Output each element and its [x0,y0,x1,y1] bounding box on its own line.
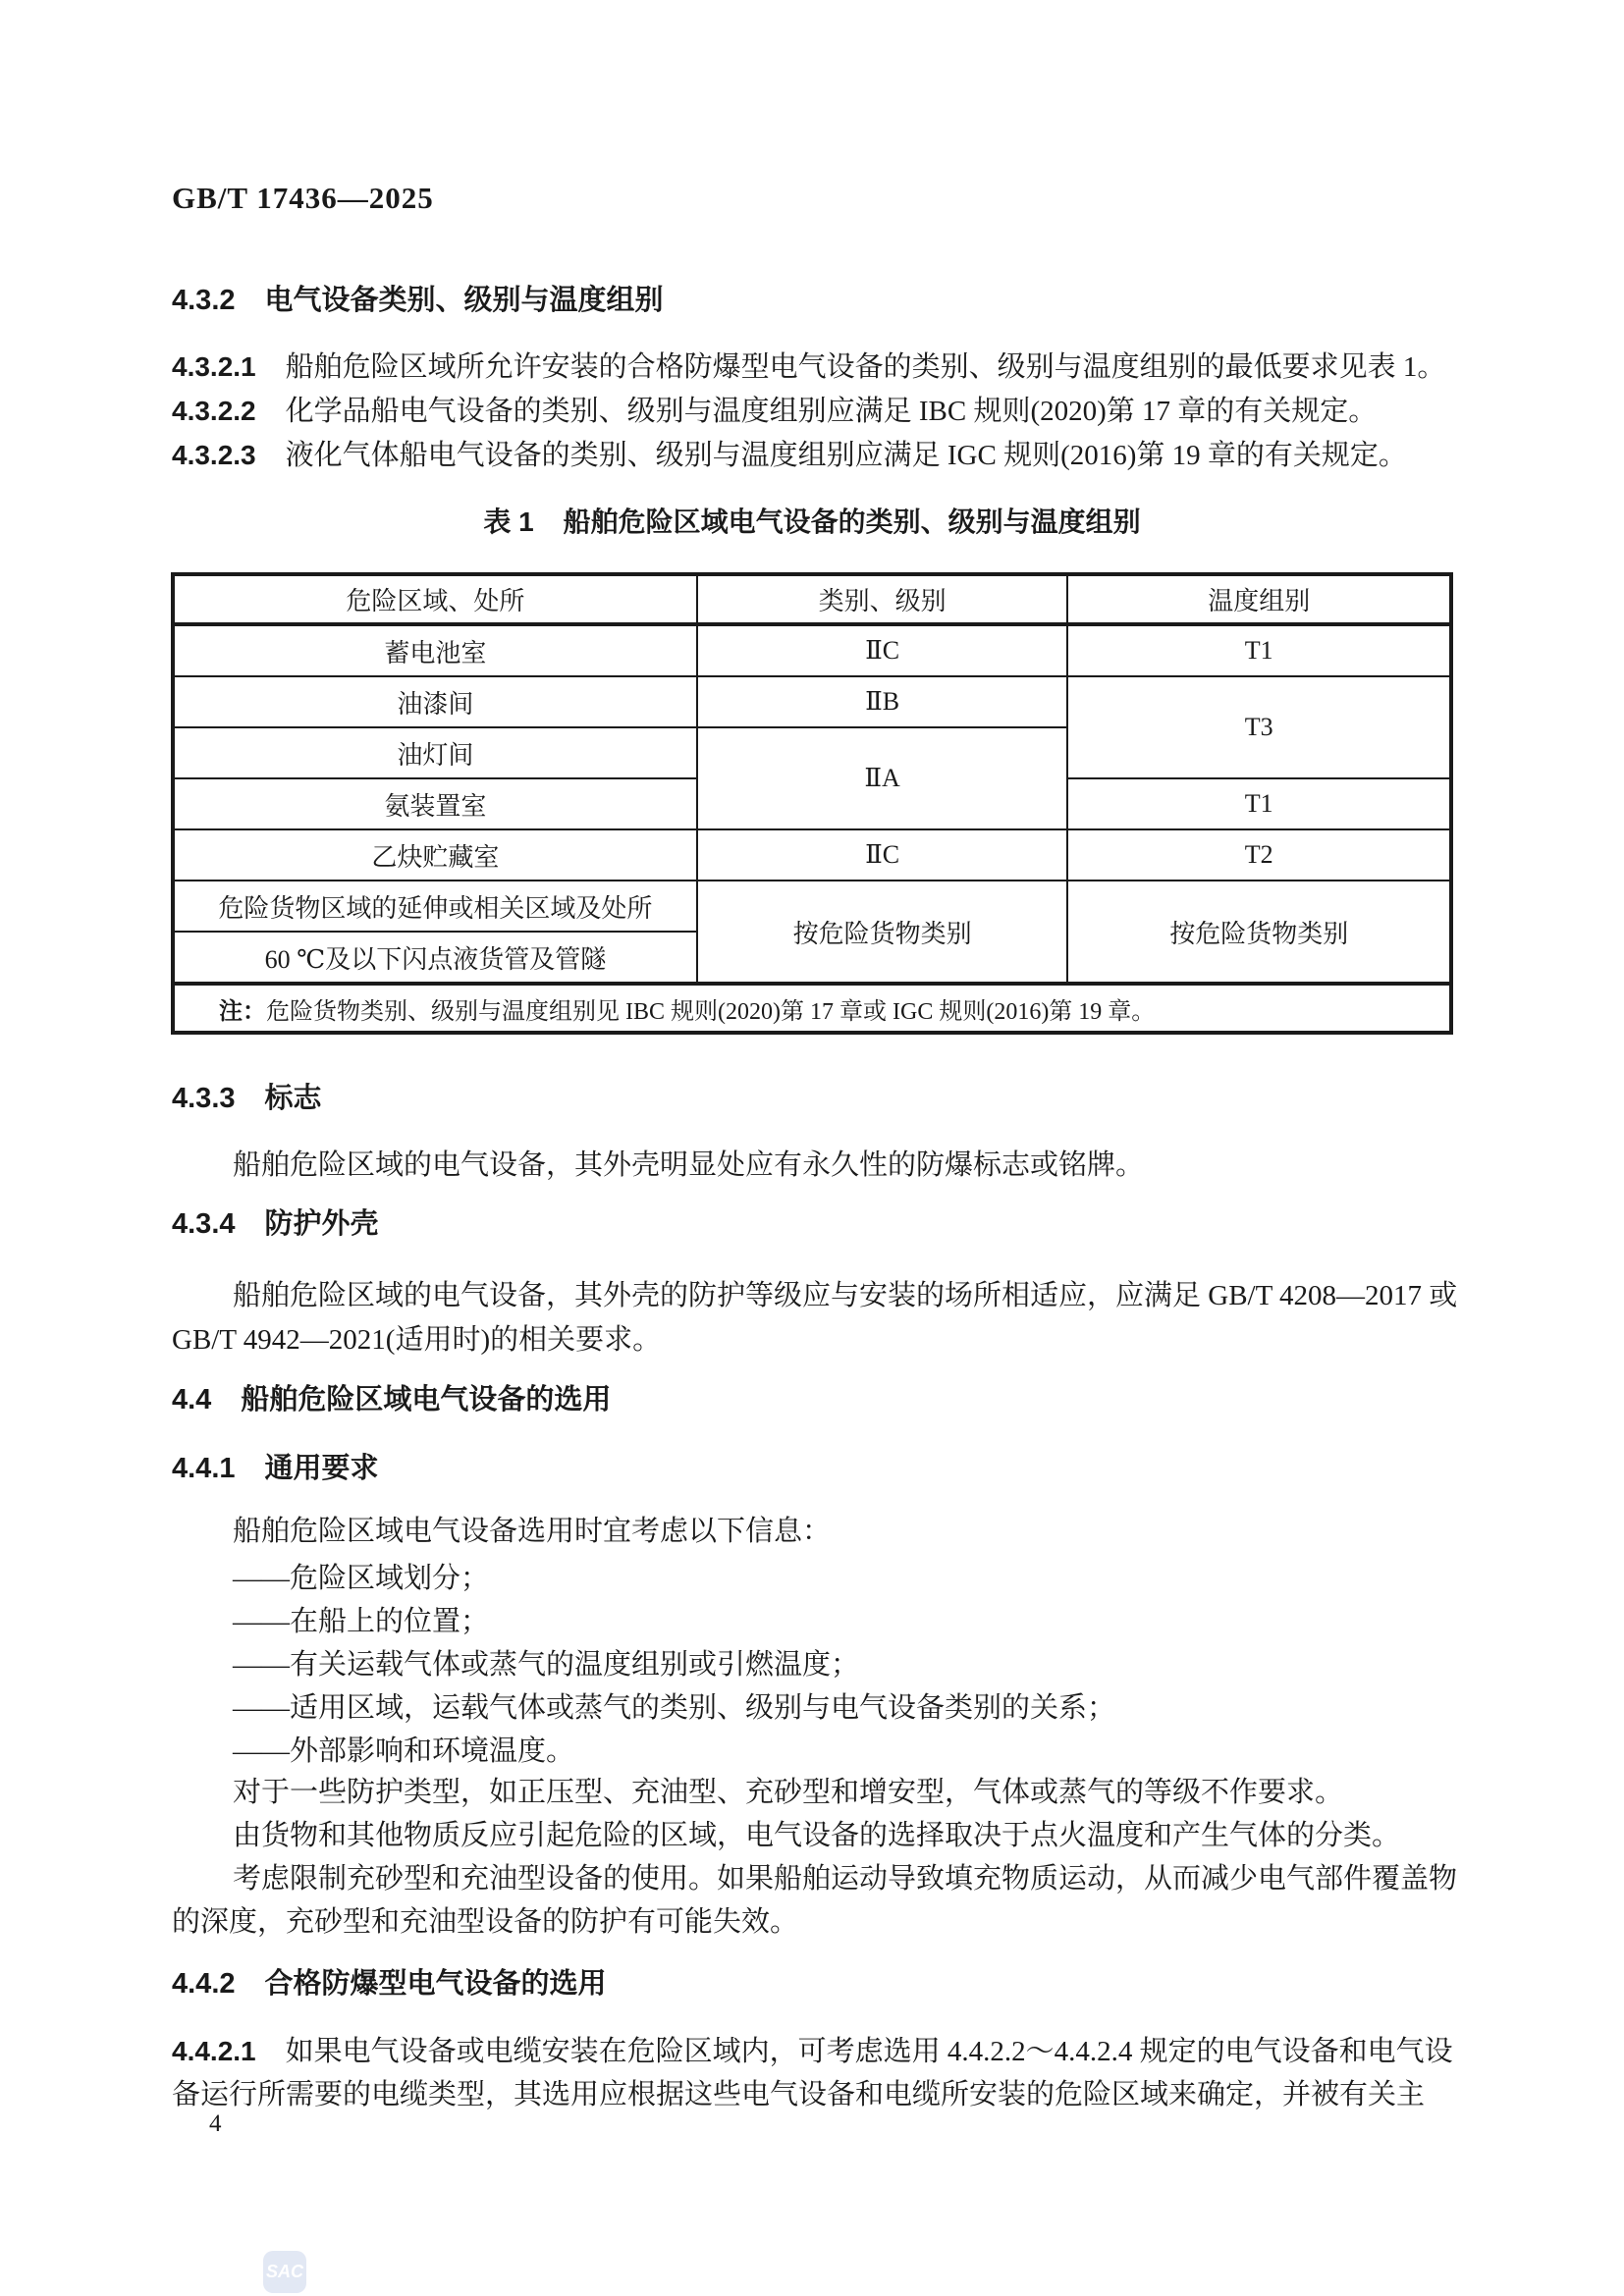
table-1-caption: 表 1船舶危险区域电气设备的类别、级别与温度组别 [171,501,1453,540]
note-label: 注： [219,998,266,1025]
paragraph-4-4-1-c: 考虑限制充砂型和充油型设备的使用。如果船舶运动导致填充物质运动，从而减少电气部件… [172,1857,1458,1944]
heading-number: 4.3.2 [172,285,236,316]
table-title: 船舶危险区域电气设备的类别、级别与温度组别 [564,507,1141,537]
heading-title: 标志 [265,1083,322,1114]
sac-watermark-logo: SAC [263,2251,306,2293]
heading-title: 通用要求 [265,1453,379,1484]
table-row: 危险货物区域的延伸或相关区域及处所 按危险货物类别 按危险货物类别 [173,881,1451,932]
cell-area: 氨装置室 [173,778,697,829]
heading-title: 电气设备类别、级别与温度组别 [265,285,664,316]
sac-logo-text: SAC [266,2262,303,2282]
table-label: 表 1 [483,507,533,537]
table-1: 危险区域、处所 类别、级别 温度组别 蓄电池室 ⅡC T1 油漆间 ⅡB T3 … [171,572,1453,1035]
cell-class: ⅡC [697,829,1068,881]
heading-number: 4.3.4 [172,1208,236,1240]
dash-list: ——危险区域划分； ——在船上的位置； ——有关运载气体或蒸气的温度组别或引燃温… [172,1557,1458,1773]
page-number: 4 [209,2110,222,2138]
paragraph-4-3-4: 船舶危险区域的电气设备，其外壳的防护等级应与安装的场所相适应，应满足 GB/T … [172,1274,1458,1362]
clause-4-3-2-2: 4.3.2.2化学品船电气设备的类别、级别与温度组别应满足 IBC 规则(202… [172,389,1458,434]
cell-temp: T1 [1067,624,1451,676]
clause-text: 化学品船电气设备的类别、级别与温度组别应满足 IBC 规则(2020)第 17 … [286,396,1378,427]
clause-text: 船舶危险区域所允许安装的合格防爆型电气设备的类别、级别与温度组别的最低要求见表 … [286,351,1446,383]
clause-number: 4.3.2.1 [172,351,256,382]
clause-4-4-2-1: 4.4.2.1如果电气设备或电缆安装在危险区域内，可考虑选用 4.4.2.2～4… [172,2030,1458,2116]
paragraph-4-4-1-intro: 船舶危险区域电气设备选用时宜考虑以下信息： [172,1510,1458,1554]
heading-number: 4.4.1 [172,1453,236,1484]
clause-number: 4.3.2.3 [172,440,256,470]
clause-number: 4.3.2.2 [172,396,256,426]
cell-temp-merged: T3 [1067,676,1451,778]
cell-area: 乙炔贮藏室 [173,829,697,881]
heading-title: 防护外壳 [265,1208,379,1240]
cell-area: 60 ℃及以下闪点液货管及管隧 [173,932,697,984]
cell-temp: T2 [1067,829,1451,881]
cell-class-merged: ⅡA [697,727,1068,829]
paragraph-4-4-1-a: 对于一些防护类型，如正压型、充油型、充砂型和增安型，气体或蒸气的等级不作要求。 [172,1771,1458,1814]
cell-class: ⅡB [697,676,1068,727]
clause-4-3-2-3: 4.3.2.3液化气体船电气设备的类别、级别与温度组别应满足 IGC 规则(20… [172,433,1458,478]
cell-class: ⅡC [697,624,1068,676]
list-item: ——外部影响和环境温度。 [172,1730,1458,1773]
table-note-cell: 注：危险货物类别、级别与温度组别见 IBC 规则(2020)第 17 章或 IG… [173,984,1451,1033]
list-item: ——危险区域划分； [172,1557,1458,1600]
table-row: 油漆间 ⅡB T3 [173,676,1451,727]
heading-4-4: 4.4船舶危险区域电气设备的选用 [172,1382,1458,1417]
note-text: 危险货物类别、级别与温度组别见 IBC 规则(2020)第 17 章或 IGC … [266,999,1155,1025]
paragraph-4-4-1-b: 由货物和其他物质反应引起危险的区域，电气设备的选择取决于点火温度和产生气体的分类… [172,1814,1458,1857]
paragraph-4-3-3: 船舶危险区域的电气设备，其外壳明显处应有永久性的防爆标志或铭牌。 [172,1144,1458,1188]
heading-number: 4.3.3 [172,1083,236,1114]
list-item: ——适用区域，运载气体或蒸气的类别、级别与电气设备类别的关系； [172,1686,1458,1730]
heading-4-4-1: 4.4.1通用要求 [172,1451,1458,1486]
heading-4-3-4: 4.3.4防护外壳 [172,1206,1458,1242]
cell-temp-merged: 按危险货物类别 [1067,881,1451,984]
cell-area: 蓄电池室 [173,624,697,676]
table-header-row: 危险区域、处所 类别、级别 温度组别 [173,574,1451,624]
col-header-temp: 温度组别 [1067,574,1451,624]
table-row: 乙炔贮藏室 ⅡC T2 [173,829,1451,881]
clause-text: 如果电气设备或电缆安装在危险区域内，可考虑选用 4.4.2.2～4.4.2.4 … [172,2036,1453,2110]
col-header-area: 危险区域、处所 [173,574,697,624]
table-row: 蓄电池室 ⅡC T1 [173,624,1451,676]
col-header-class: 类别、级别 [697,574,1068,624]
heading-number: 4.4 [172,1384,211,1415]
clause-text: 液化气体船电气设备的类别、级别与温度组别应满足 IGC 规则(2016)第 19… [286,440,1407,471]
cell-temp: T1 [1067,778,1451,829]
cell-area: 危险货物区域的延伸或相关区域及处所 [173,881,697,932]
heading-4-4-2: 4.4.2合格防爆型电气设备的选用 [172,1966,1458,2002]
heading-title: 船舶危险区域电气设备的选用 [241,1384,611,1415]
heading-number: 4.4.2 [172,1968,236,2000]
cell-class-merged: 按危险货物类别 [697,881,1068,984]
clause-number: 4.4.2.1 [172,2036,256,2066]
clause-4-3-2-1: 4.3.2.1船舶危险区域所允许安装的合格防爆型电气设备的类别、级别与温度组别的… [172,345,1458,390]
heading-title: 合格防爆型电气设备的选用 [265,1968,607,2000]
list-item: ——在船上的位置； [172,1600,1458,1643]
table-note-row: 注：危险货物类别、级别与温度组别见 IBC 规则(2020)第 17 章或 IG… [173,984,1451,1033]
list-item: ——有关运载气体或蒸气的温度组别或引燃温度； [172,1643,1458,1686]
standard-code: GB/T 17436—2025 [172,181,1458,216]
cell-area: 油漆间 [173,676,697,727]
heading-4-3-2: 4.3.2电气设备类别、级别与温度组别 [172,283,1458,318]
cell-area: 油灯间 [173,727,697,778]
document-page: GB/T 17436—2025 4.3.2电气设备类别、级别与温度组别 4.3.… [0,0,1624,2296]
heading-4-3-3: 4.3.3标志 [172,1081,1458,1116]
